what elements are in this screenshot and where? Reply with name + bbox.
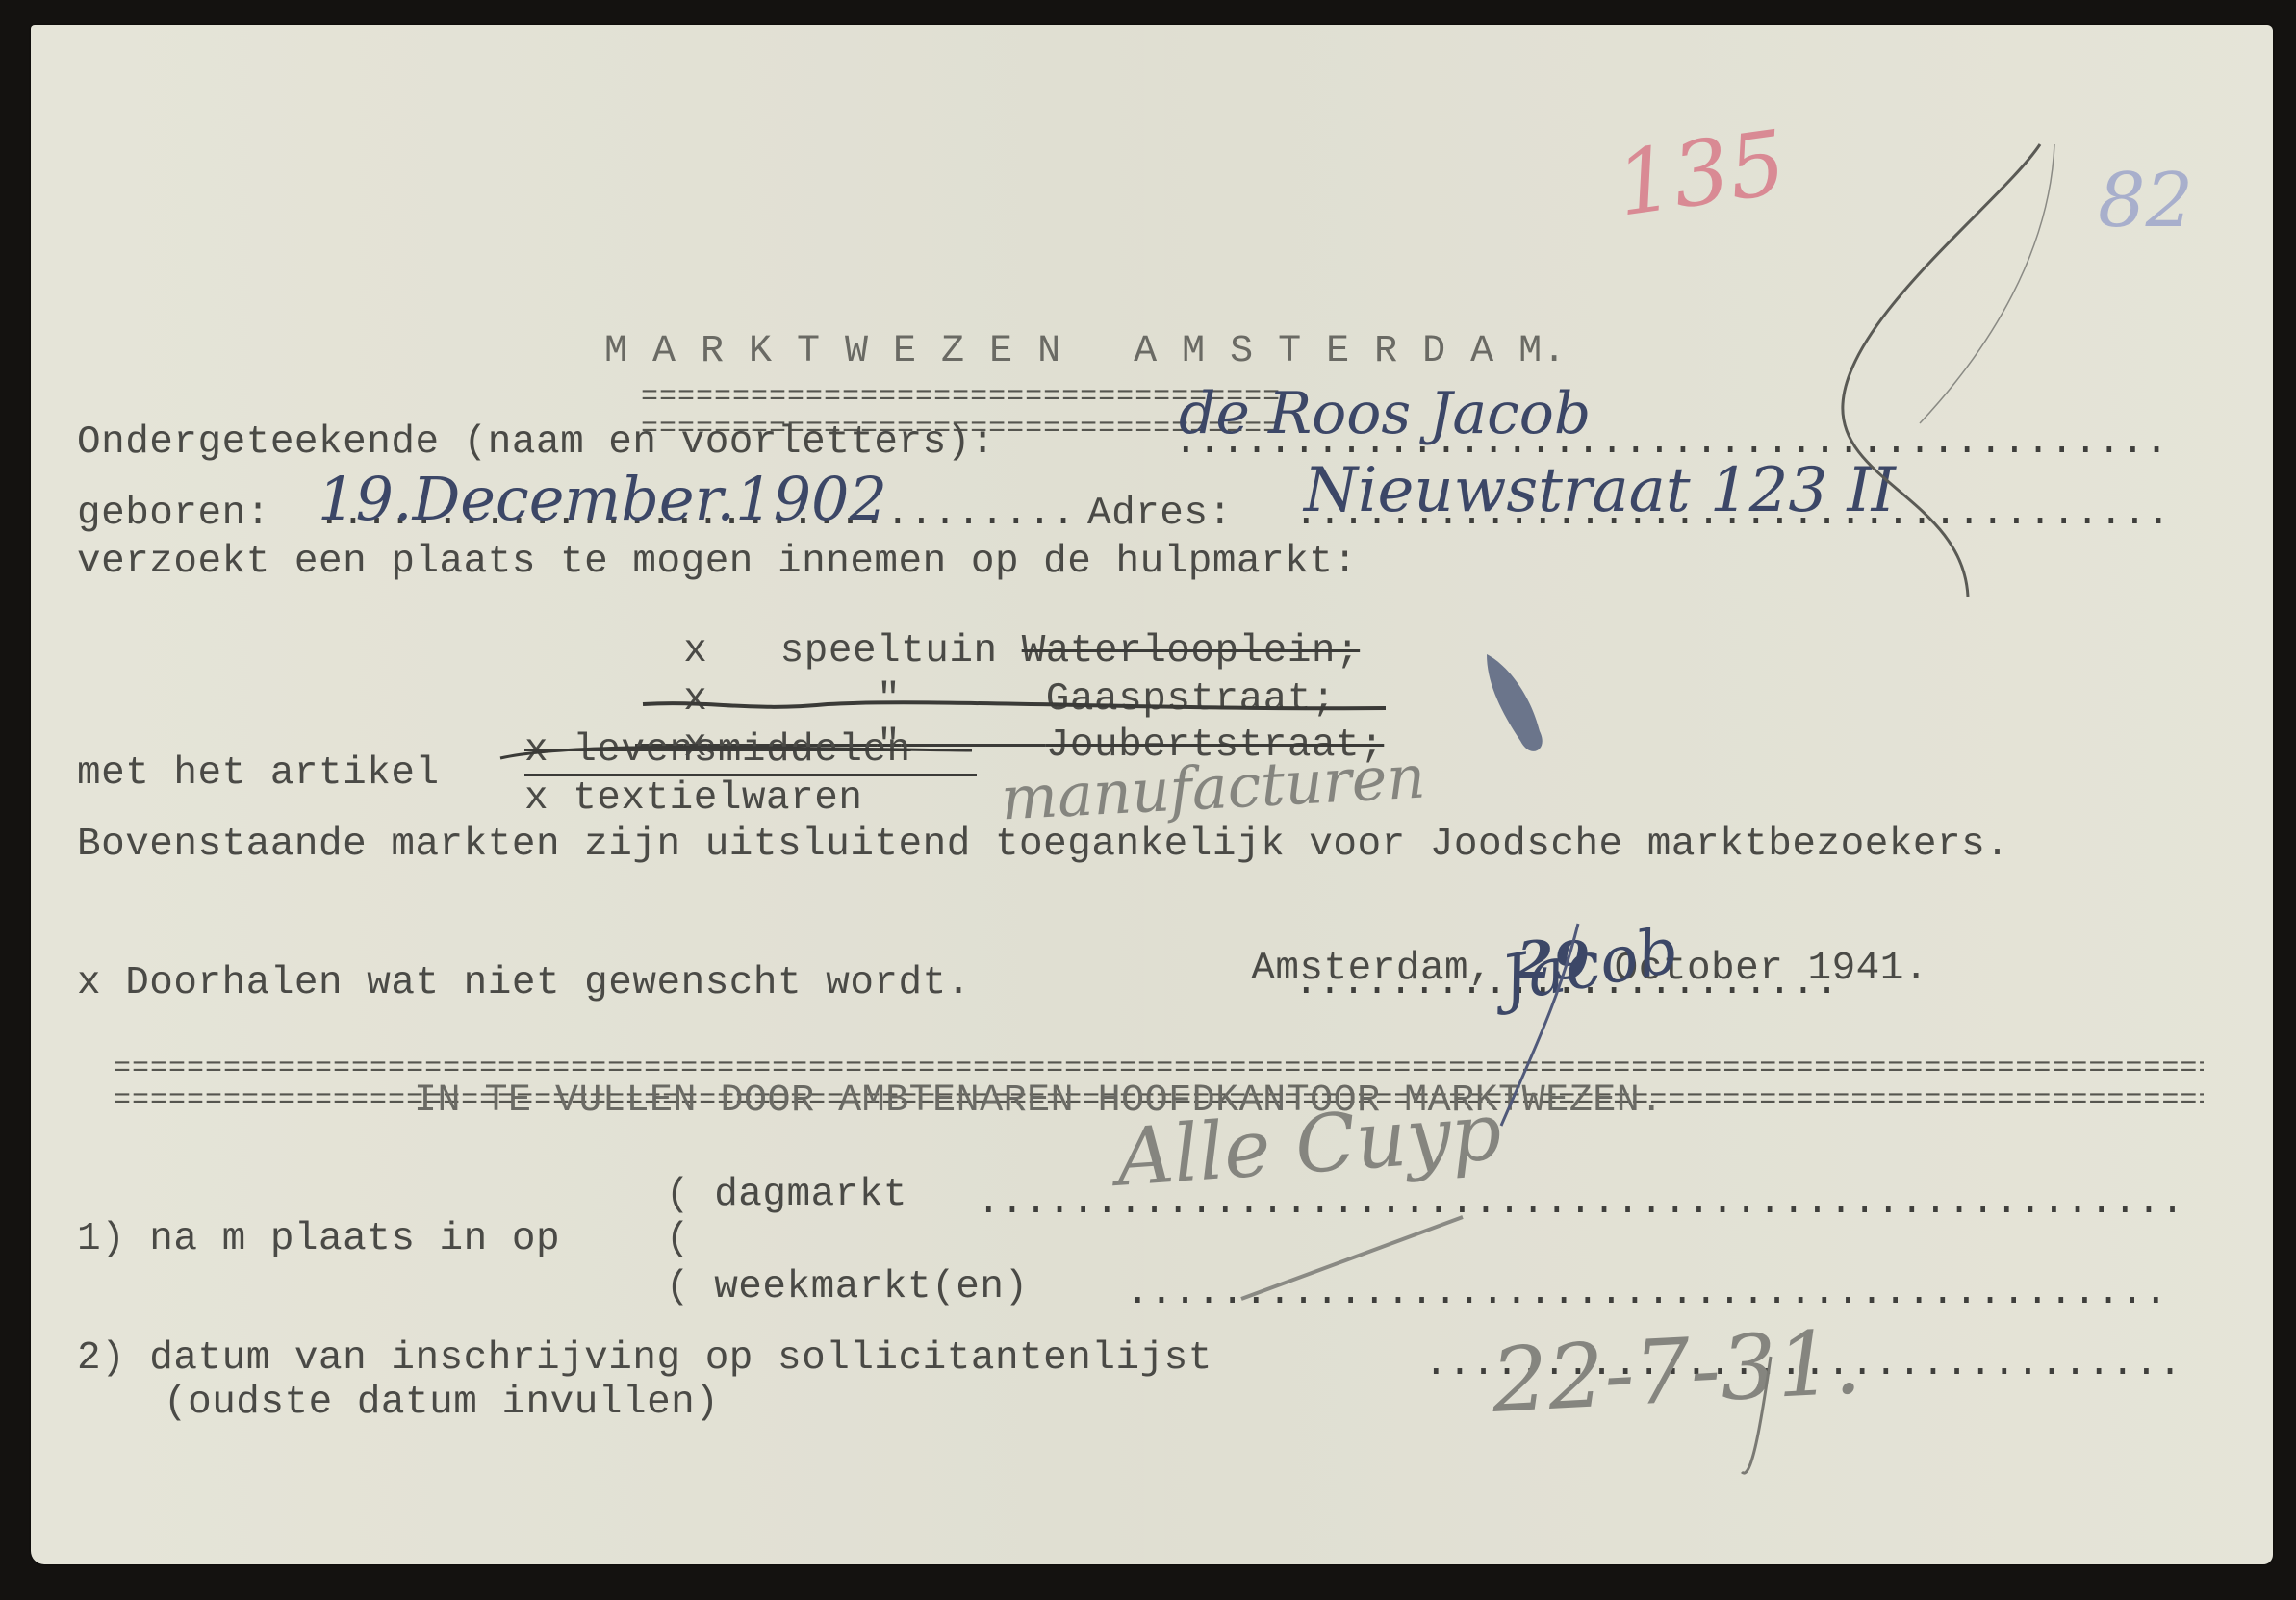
brace-middle: ( xyxy=(666,1220,690,1259)
born-value: 19.December.1902 xyxy=(318,470,887,529)
strike-footnote: x Doorhalen wat niet gewenscht wordt. xyxy=(77,964,971,1003)
born-label: geboren: xyxy=(77,495,270,534)
item2-label: 2) datum van inschrijving op sollicitant… xyxy=(77,1339,1212,1379)
item1-label: 1) na m plaats in op xyxy=(77,1220,560,1259)
registration-date: 22-7-31. xyxy=(1490,1318,1863,1426)
dagmarkt-label: ( dagmarkt xyxy=(666,1176,907,1215)
name-value: de Roos Jacob xyxy=(1179,385,1591,443)
weekmarkt-dots: ........................................… xyxy=(1126,1274,2175,1313)
address-label: Adres: xyxy=(1087,495,1233,534)
document-title: M A R K T W E Z E N A M S T E R D A M. xyxy=(604,333,1567,371)
article-option-textielwaren: x textielwaren xyxy=(524,779,862,819)
weekmarkt-label: ( weekmarkt(en) xyxy=(666,1268,1029,1308)
item2-sub: (oudste datum invullen) xyxy=(164,1384,719,1423)
name-label: Ondergeteekende (naam en voorletters): xyxy=(77,423,995,463)
jewish-only-notice: Bovenstaande markten zijn uitsluitend to… xyxy=(77,825,2009,865)
blue-pencil-number: 82 xyxy=(2098,164,2193,239)
red-pencil-number: 135 xyxy=(1611,118,1791,230)
request-text: verzoekt een plaats te mogen innemen op … xyxy=(77,543,1358,582)
article-option-levensmiddelen: x levensmiddelen xyxy=(524,731,911,771)
address-value: Nieuwstraat 123 II xyxy=(1304,460,1896,521)
article-label: met het artikel xyxy=(77,754,440,794)
